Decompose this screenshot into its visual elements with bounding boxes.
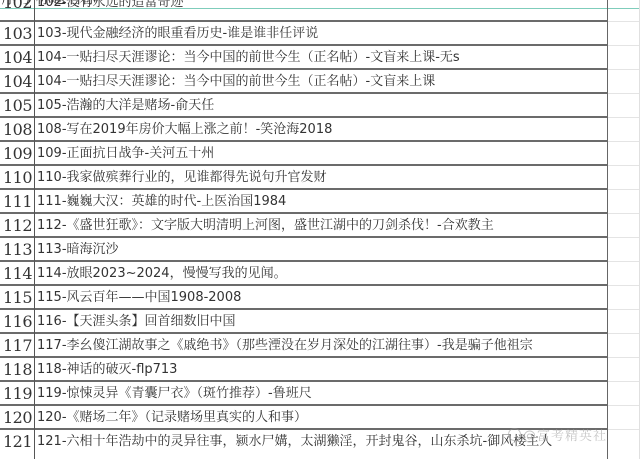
number-cell[interactable]: 108 [0, 118, 33, 140]
title-cell[interactable]: 109-正面抗日战争-关河五十州 [37, 142, 606, 164]
number-cell[interactable]: 118 [0, 358, 33, 380]
title-cell[interactable]: 114-放眼2023~2024，慢慢写我的见闻。 [37, 262, 606, 284]
watermark-text: @富考精英社 [523, 429, 607, 444]
title-cell[interactable]: 110-我家做殡葬行业的，见谁都得先说句升官发财 [37, 166, 606, 188]
title-cell[interactable]: 111-巍巍大汉：英雄的时代-上医治国1984 [37, 190, 606, 212]
table-row: 114 114-放眼2023~2024，慢慢写我的见闻。 [0, 262, 640, 286]
number-cell[interactable]: 120 [0, 406, 33, 428]
number-cell[interactable]: 115 [0, 286, 33, 308]
table-row: 104 104-一贴扫尽天涯谬论：当今中国的前世今生（正名帖）-文盲来上课 [0, 70, 640, 94]
number-cell[interactable]: 111 [0, 190, 33, 212]
number-cell[interactable]: 103 [0, 22, 33, 44]
title-cell[interactable]: 104-一贴扫尽天涯谬论：当今中国的前世今生（正名帖）-文盲来上课-无s [37, 46, 606, 68]
table-row: 108 108-写在2019年房价大幅上涨之前！-笑沧海2018 [0, 118, 640, 142]
title-cell[interactable]: 116-【天涯头条】回首细数旧中国 [37, 310, 606, 332]
number-cell[interactable]: 105 [0, 94, 33, 116]
table-row: 115 115-风云百年——中国1908-2008 [0, 286, 640, 310]
number-cell[interactable]: 121 [0, 430, 33, 452]
title-cell[interactable]: 117-李幺傻江湖故事之《戚绝书》（那些湮没在岁月深处的江湖往事）-我是骗子他祖… [37, 334, 606, 356]
table-row: 102 102-没有永远的造富奇迹 [0, 0, 640, 22]
title-cell[interactable]: 102-没有永远的造富奇迹 [37, 0, 606, 18]
title-cell[interactable]: 118-神话的破灭-flp713 [37, 358, 606, 380]
number-cell[interactable]: 112 [0, 214, 33, 236]
title-cell[interactable]: 105-浩瀚的大洋是赌场-俞天任 [37, 94, 606, 116]
title-cell[interactable]: 104-一贴扫尽天涯谬论：当今中国的前世今生（正名帖）-文盲来上课 [37, 70, 606, 92]
number-cell[interactable]: 113 [0, 238, 33, 260]
table-row: 117 117-李幺傻江湖故事之《戚绝书》（那些湮没在岁月深处的江湖往事）-我是… [0, 334, 640, 358]
title-cell[interactable]: 108-写在2019年房价大幅上涨之前！-笑沧海2018 [37, 118, 606, 140]
number-cell[interactable]: 104 [0, 70, 33, 92]
number-cell[interactable]: 114 [0, 262, 33, 284]
number-cell[interactable]: 116 [0, 310, 33, 332]
table-row: 118 118-神话的破灭-flp713 [0, 358, 640, 382]
number-cell[interactable]: 119 [0, 382, 33, 404]
number-cell[interactable]: 104 [0, 46, 33, 68]
title-cell[interactable]: 113-暗海沉沙 [37, 238, 606, 260]
spreadsheet: 序号 标题名称 102 102-没有永远的造富奇迹 103 103-现代金融经济… [0, 0, 640, 459]
title-column-right-border [607, 0, 608, 459]
table-row: 103 103-现代金融经济的眼重看历史-谁是谁非任评说 [0, 22, 640, 46]
logo-icon [508, 428, 521, 441]
table-row: 112 112-《盛世狂歌》：文字版大明清明上河图，盛世江湖中的刀剑杀伐！-合欢… [0, 214, 640, 238]
watermark: @富考精英社 [508, 425, 607, 444]
table-row: 111 111-巍巍大汉：英雄的时代-上医治国1984 [0, 190, 640, 214]
table-row: 116 116-【天涯头条】回首细数旧中国 [0, 310, 640, 334]
number-cell[interactable]: 109 [0, 142, 33, 164]
table-row: 110 110-我家做殡葬行业的，见谁都得先说句升官发财 [0, 166, 640, 190]
table-row: 109 109-正面抗日战争-关河五十州 [0, 142, 640, 166]
number-cell[interactable]: 110 [0, 166, 33, 188]
table-row: 105 105-浩瀚的大洋是赌场-俞天任 [0, 94, 640, 118]
table-row: 119 119-惊悚灵异《青囊尸衣》（斑竹推荐）-鲁班尺 [0, 382, 640, 406]
table-row: 104 104-一贴扫尽天涯谬论：当今中国的前世今生（正名帖）-文盲来上课-无s [0, 46, 640, 70]
title-cell[interactable]: 119-惊悚灵异《青囊尸衣》（斑竹推荐）-鲁班尺 [37, 382, 606, 404]
number-cell[interactable]: 102 [0, 0, 33, 18]
title-cell[interactable]: 103-现代金融经济的眼重看历史-谁是谁非任评说 [37, 22, 606, 44]
number-column-divider [34, 0, 35, 459]
title-cell[interactable]: 112-《盛世狂歌》：文字版大明清明上河图，盛世江湖中的刀剑杀伐！-合欢教主 [37, 214, 606, 236]
title-cell[interactable]: 115-风云百年——中国1908-2008 [37, 286, 606, 308]
table-row: 113 113-暗海沉沙 [0, 238, 640, 262]
number-cell[interactable]: 117 [0, 334, 33, 356]
